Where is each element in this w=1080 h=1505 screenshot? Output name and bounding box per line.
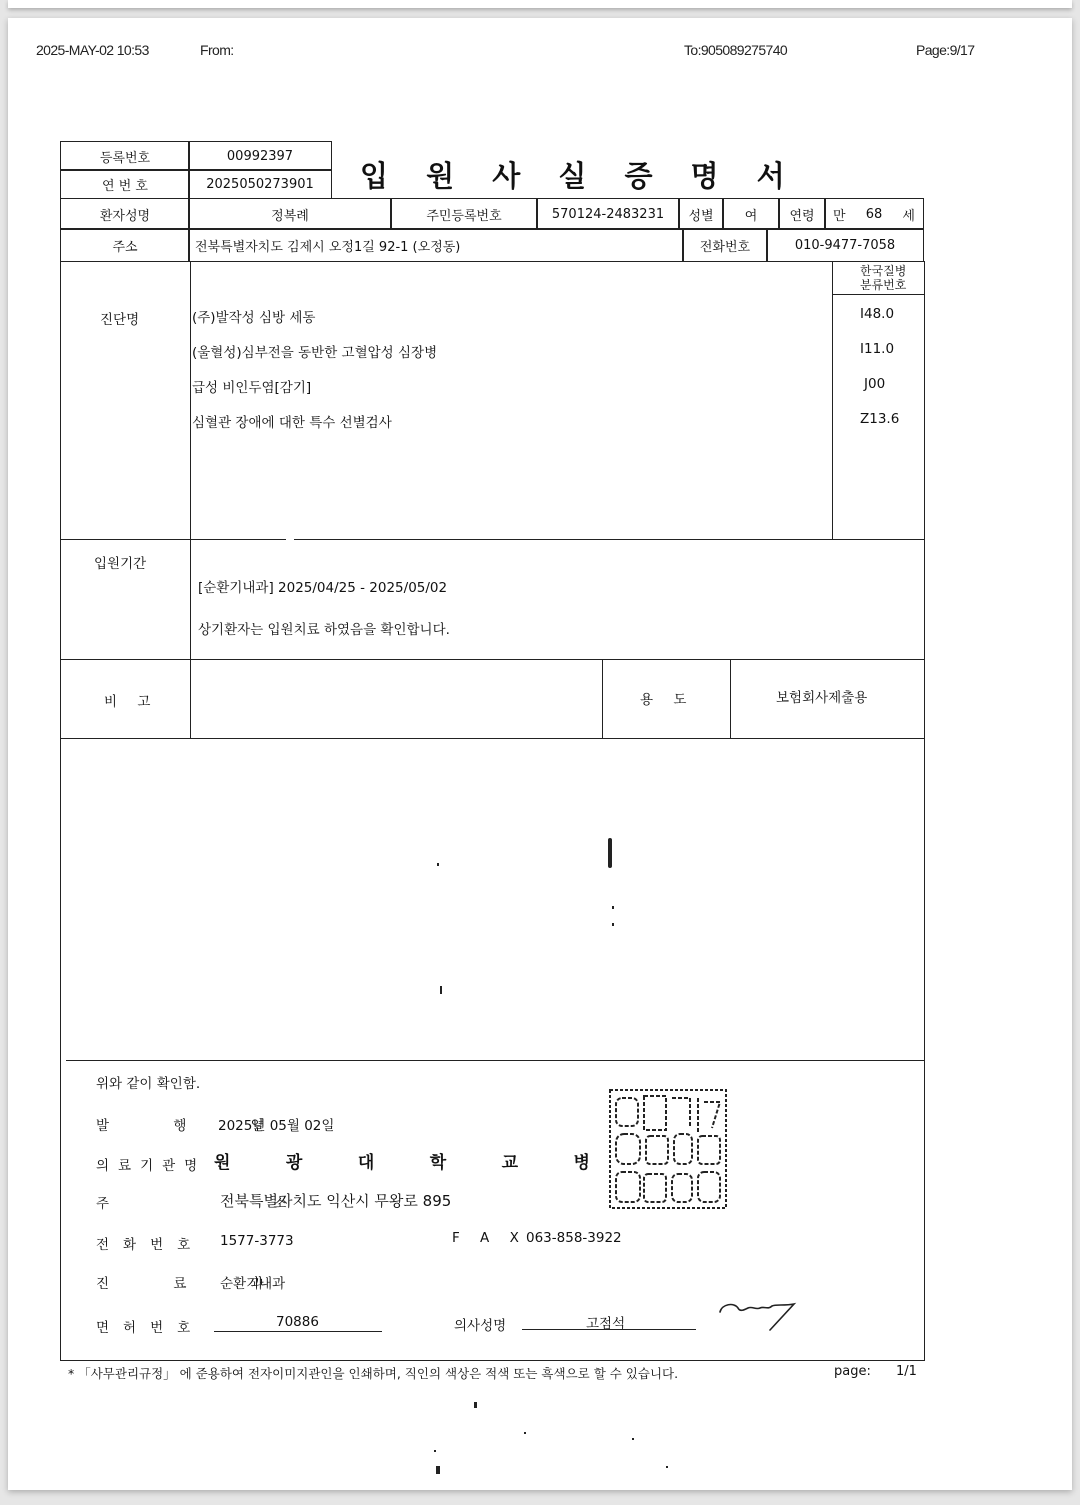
confirm-text: 위와 같이 확인함. bbox=[96, 1072, 200, 1092]
diagnosis-item: (울혈성)심부전을 동반한 고혈압성 심장병 bbox=[192, 341, 437, 361]
institution-name: 원 광 대 학 교 병 bbox=[214, 1148, 590, 1173]
purpose-value: 보험회사제출용 bbox=[776, 686, 867, 706]
disease-code-header: 한국질병 분류번호 bbox=[860, 264, 906, 292]
admission-period: [순환기내과] 2025/04/25 - 2025/05/02 bbox=[198, 576, 447, 596]
fax-datetime: 2025-MAY-02 10:53 bbox=[36, 42, 149, 58]
institution-label: 의료기관명 bbox=[96, 1154, 206, 1174]
registration-no-value: 00992397 bbox=[188, 141, 332, 171]
department-value: 순환기내과 bbox=[220, 1272, 285, 1292]
serial-no-value: 2025050273901 bbox=[188, 169, 332, 199]
license-no-label: 면허번호 bbox=[96, 1316, 204, 1336]
diagnosis-code: I11.0 bbox=[860, 341, 894, 357]
inst-address-value: 전북특별자치도 익산시 무왕로 895 bbox=[220, 1190, 451, 1211]
resident-no-label: 주민등록번호 bbox=[390, 198, 538, 230]
previous-page-edge bbox=[8, 0, 1072, 8]
age-suffix: 세 bbox=[902, 205, 915, 224]
license-no-value: 70886 bbox=[276, 1314, 319, 1330]
doctor-label: 의사성명 bbox=[454, 1314, 506, 1334]
inst-fax-label: F A X bbox=[452, 1230, 527, 1246]
resident-no-value: 570124-2483231 bbox=[536, 198, 680, 230]
age-label: 연령 bbox=[778, 198, 826, 230]
serial-no-label: 연 번 호 bbox=[60, 169, 190, 199]
document-title: 입 원 사 실 증 명 서 bbox=[360, 154, 799, 195]
admission-label: 입원기간 bbox=[94, 552, 146, 572]
fax-page-number: Page:9/17 bbox=[916, 42, 974, 58]
fax-to: To:905089275740 bbox=[684, 42, 787, 58]
inst-phone-label: 전화번호 bbox=[96, 1233, 204, 1253]
patient-name-label: 환자성명 bbox=[60, 198, 190, 230]
sex-value: 여 bbox=[722, 198, 780, 230]
age-cell: 만 68 세 bbox=[824, 198, 924, 230]
diagnosis-item: 급성 비인두염[감기] bbox=[192, 376, 311, 396]
signature-icon bbox=[714, 1296, 804, 1336]
patient-name-value: 정복례 bbox=[188, 198, 392, 230]
purpose-label: 용 도 bbox=[640, 688, 694, 708]
page-label: page: bbox=[834, 1364, 871, 1379]
diagnosis-item: (주)발작성 심방 세동 bbox=[192, 306, 315, 326]
fax-from: From: bbox=[200, 42, 234, 58]
diagnosis-code: I48.0 bbox=[860, 306, 894, 322]
address-label: 주소 bbox=[60, 228, 190, 262]
phone-label: 전화번호 bbox=[682, 228, 768, 262]
diagnosis-label: 진단명 bbox=[100, 308, 139, 328]
fax-page: 2025-MAY-02 10:53 From: To:905089275740 … bbox=[8, 18, 1072, 1490]
footnote: * 「사무관리규정」 에 준용하여 전자이미지관인을 인쇄하며, 직인의 색상은… bbox=[68, 1364, 678, 1382]
age-prefix: 만 bbox=[833, 205, 846, 224]
phone-value: 010-9477-7058 bbox=[766, 228, 924, 262]
page-value: 1/1 bbox=[896, 1364, 917, 1379]
age-value: 68 bbox=[866, 207, 883, 222]
inst-fax-value: 063-858-3922 bbox=[526, 1230, 622, 1246]
registration-no-label: 등록번호 bbox=[60, 141, 190, 171]
diagnosis-item: 심혈관 장애에 대한 특수 선별검사 bbox=[192, 411, 392, 431]
issue-date-value: 2025년 05월 02일 bbox=[218, 1114, 334, 1134]
remarks-label: 비 고 bbox=[104, 690, 158, 710]
diagnosis-code: Z13.6 bbox=[860, 411, 899, 427]
sex-label: 성별 bbox=[678, 198, 724, 230]
hospital-seal-icon bbox=[608, 1088, 728, 1210]
inst-phone-value: 1577-3773 bbox=[220, 1233, 294, 1249]
diagnosis-code: J00 bbox=[864, 376, 885, 392]
address-value: 전북특별자치도 김제시 오정1길 92-1 (오정동) bbox=[188, 228, 684, 262]
admission-statement: 상기환자는 입원치료 하였음을 확인합니다. bbox=[198, 618, 450, 638]
